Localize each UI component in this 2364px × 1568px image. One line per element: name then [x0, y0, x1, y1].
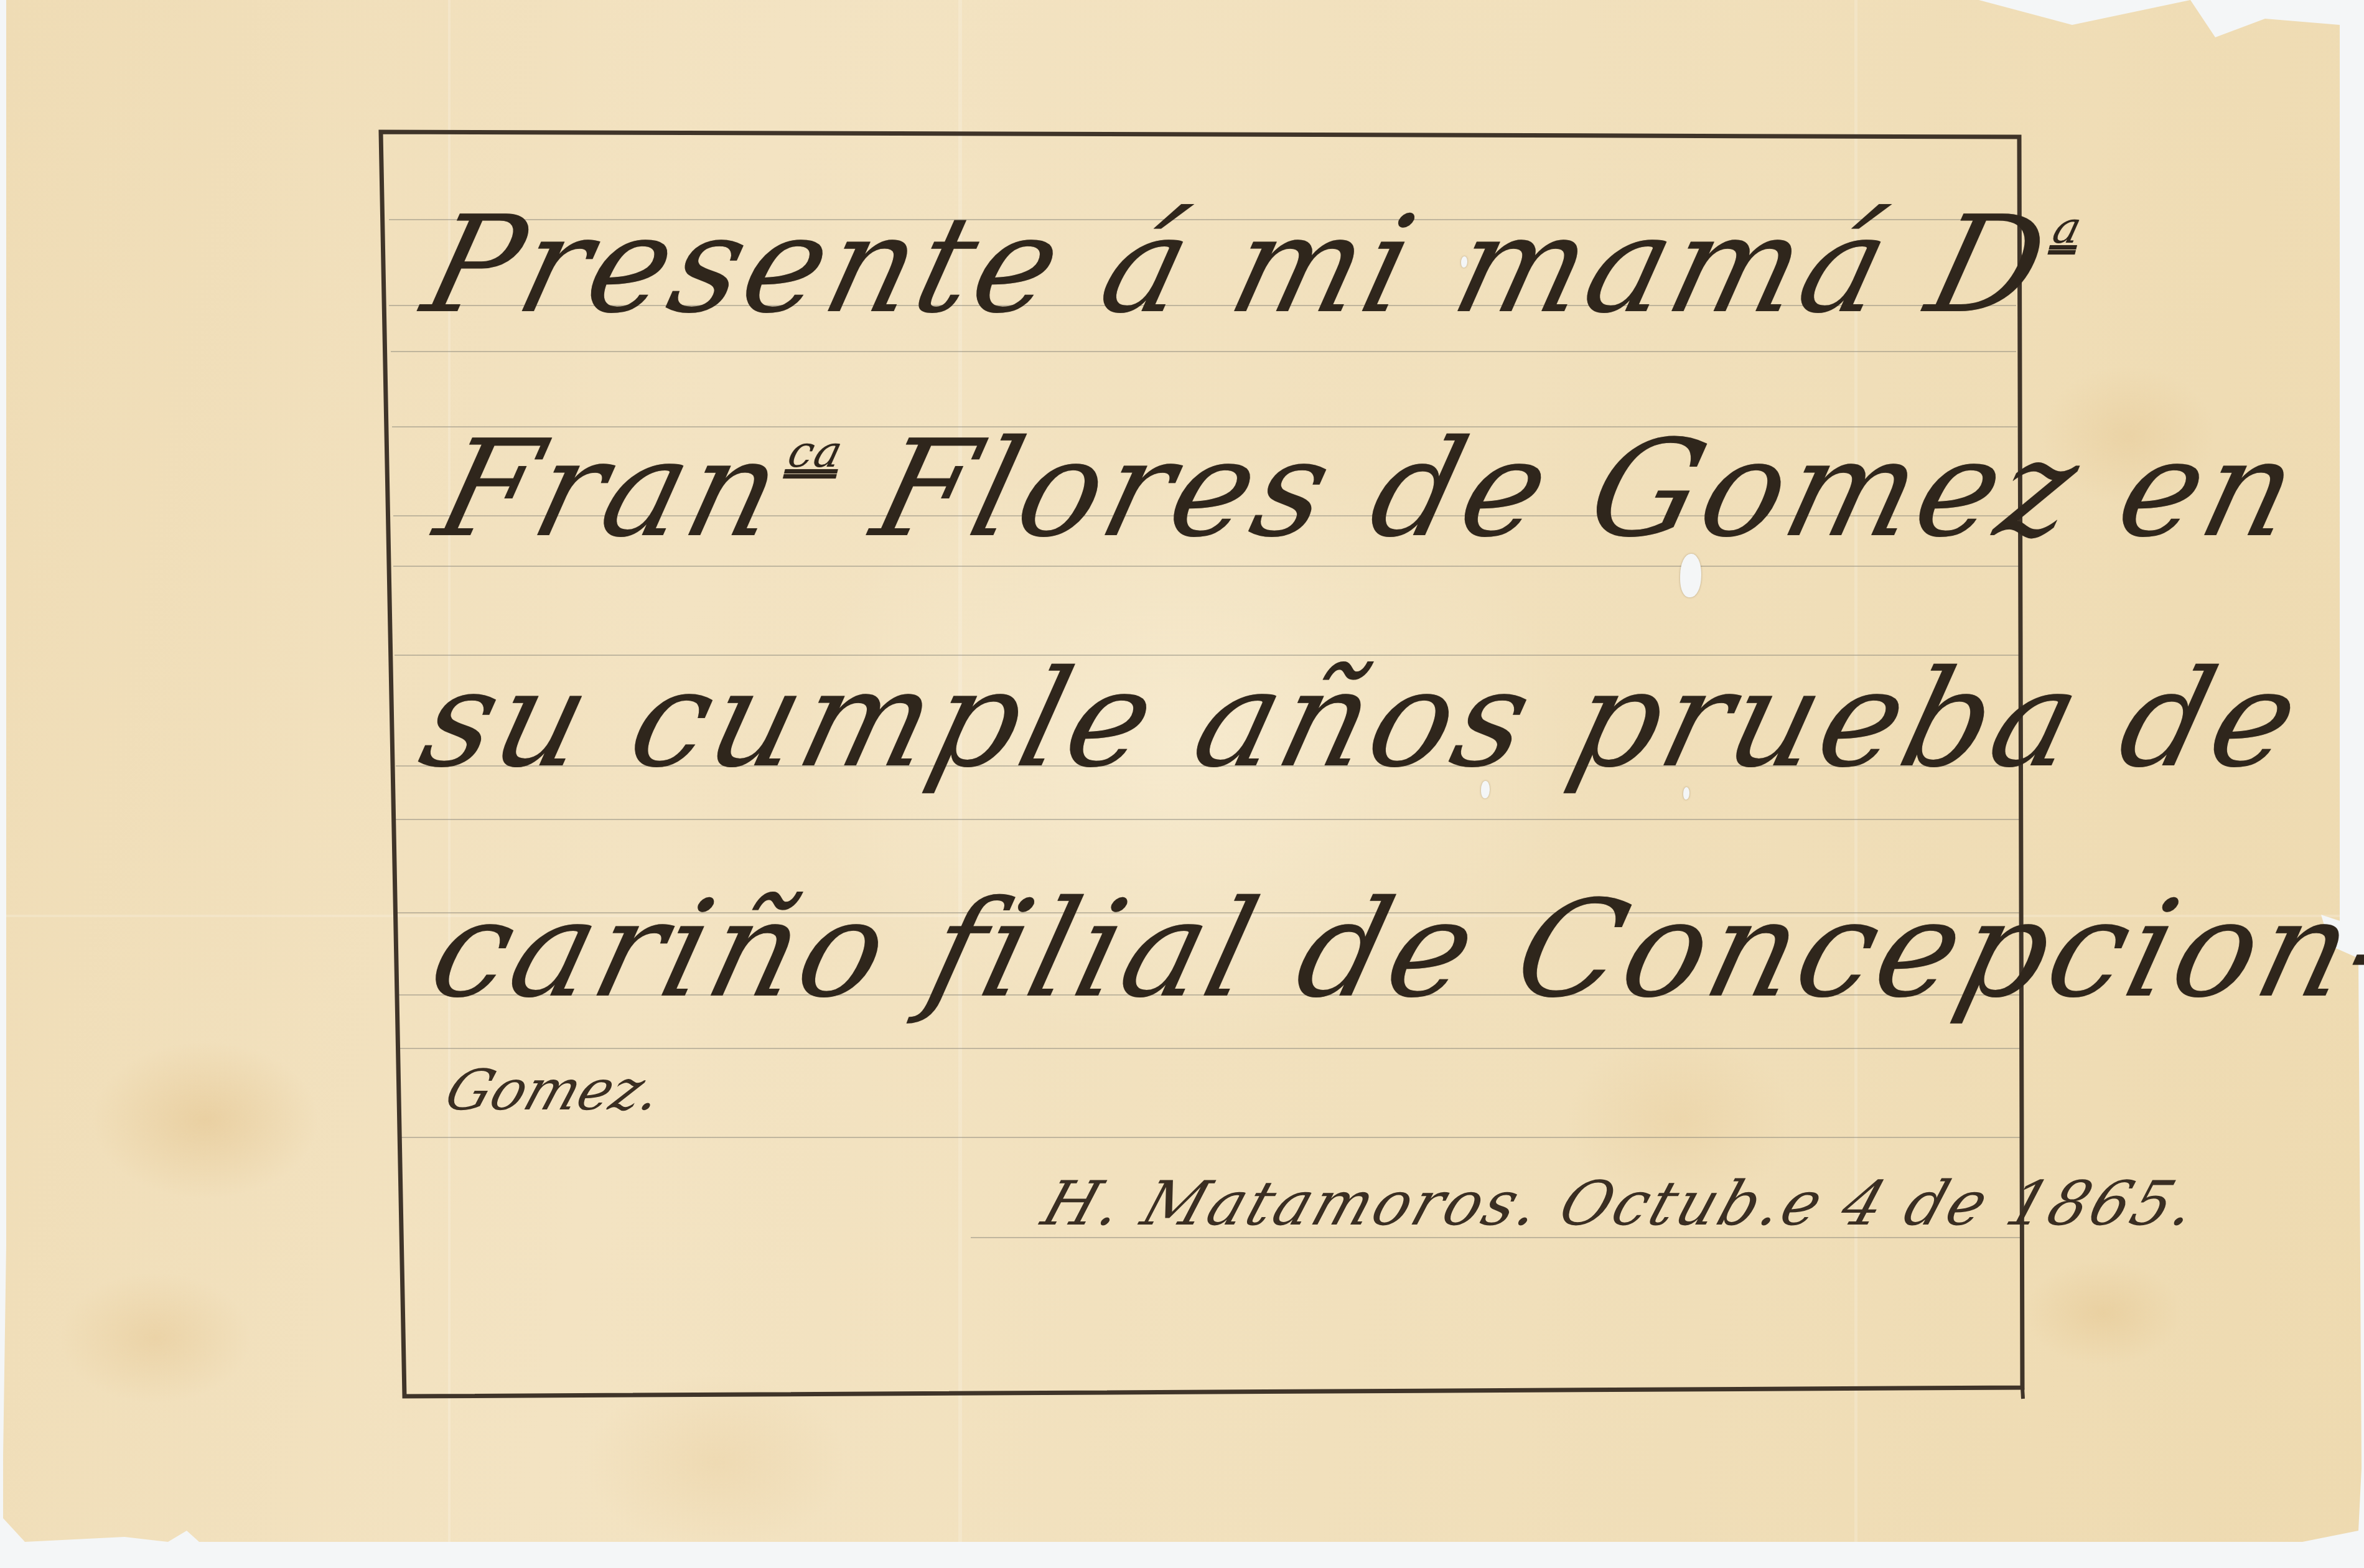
- ruling-line: [391, 351, 2016, 352]
- ruling-line: [399, 1137, 2021, 1138]
- place-date-line: H. Matamoros. Octub.e 4 de 1865.: [1034, 1169, 2207, 1239]
- dedication-line-1: Presente á mi mamá Da: [411, 187, 2091, 343]
- ruling-line: [396, 819, 2020, 820]
- line-2-text: Fran: [423, 411, 800, 567]
- scanned-document: Presente á mi mamá Da Franca Flores de G…: [0, 0, 2364, 1568]
- paper-hole: [1481, 781, 1490, 798]
- surname-continuation: Gomez.: [437, 1058, 671, 1123]
- paper-hole: [1683, 787, 1689, 800]
- ruling-line: [398, 1048, 2021, 1049]
- dedication-line-3: su cumple años prueba de: [408, 641, 2317, 797]
- line-2-rest: Flores de Gomez en: [814, 411, 2316, 567]
- dedication-line-4: cariño filial de Concepcion-: [417, 871, 2364, 1027]
- line-3-text: su cumple años prueba de: [408, 641, 2317, 797]
- dedication-line-2: Franca Flores de Gomez en: [423, 411, 2315, 567]
- paper-hole: [1680, 554, 1701, 597]
- paper-hole: [1461, 256, 1467, 268]
- line-4-text: cariño filial de Concepcion-: [417, 871, 2364, 1027]
- line-1-text: Presente á mi mamá D: [411, 187, 2065, 343]
